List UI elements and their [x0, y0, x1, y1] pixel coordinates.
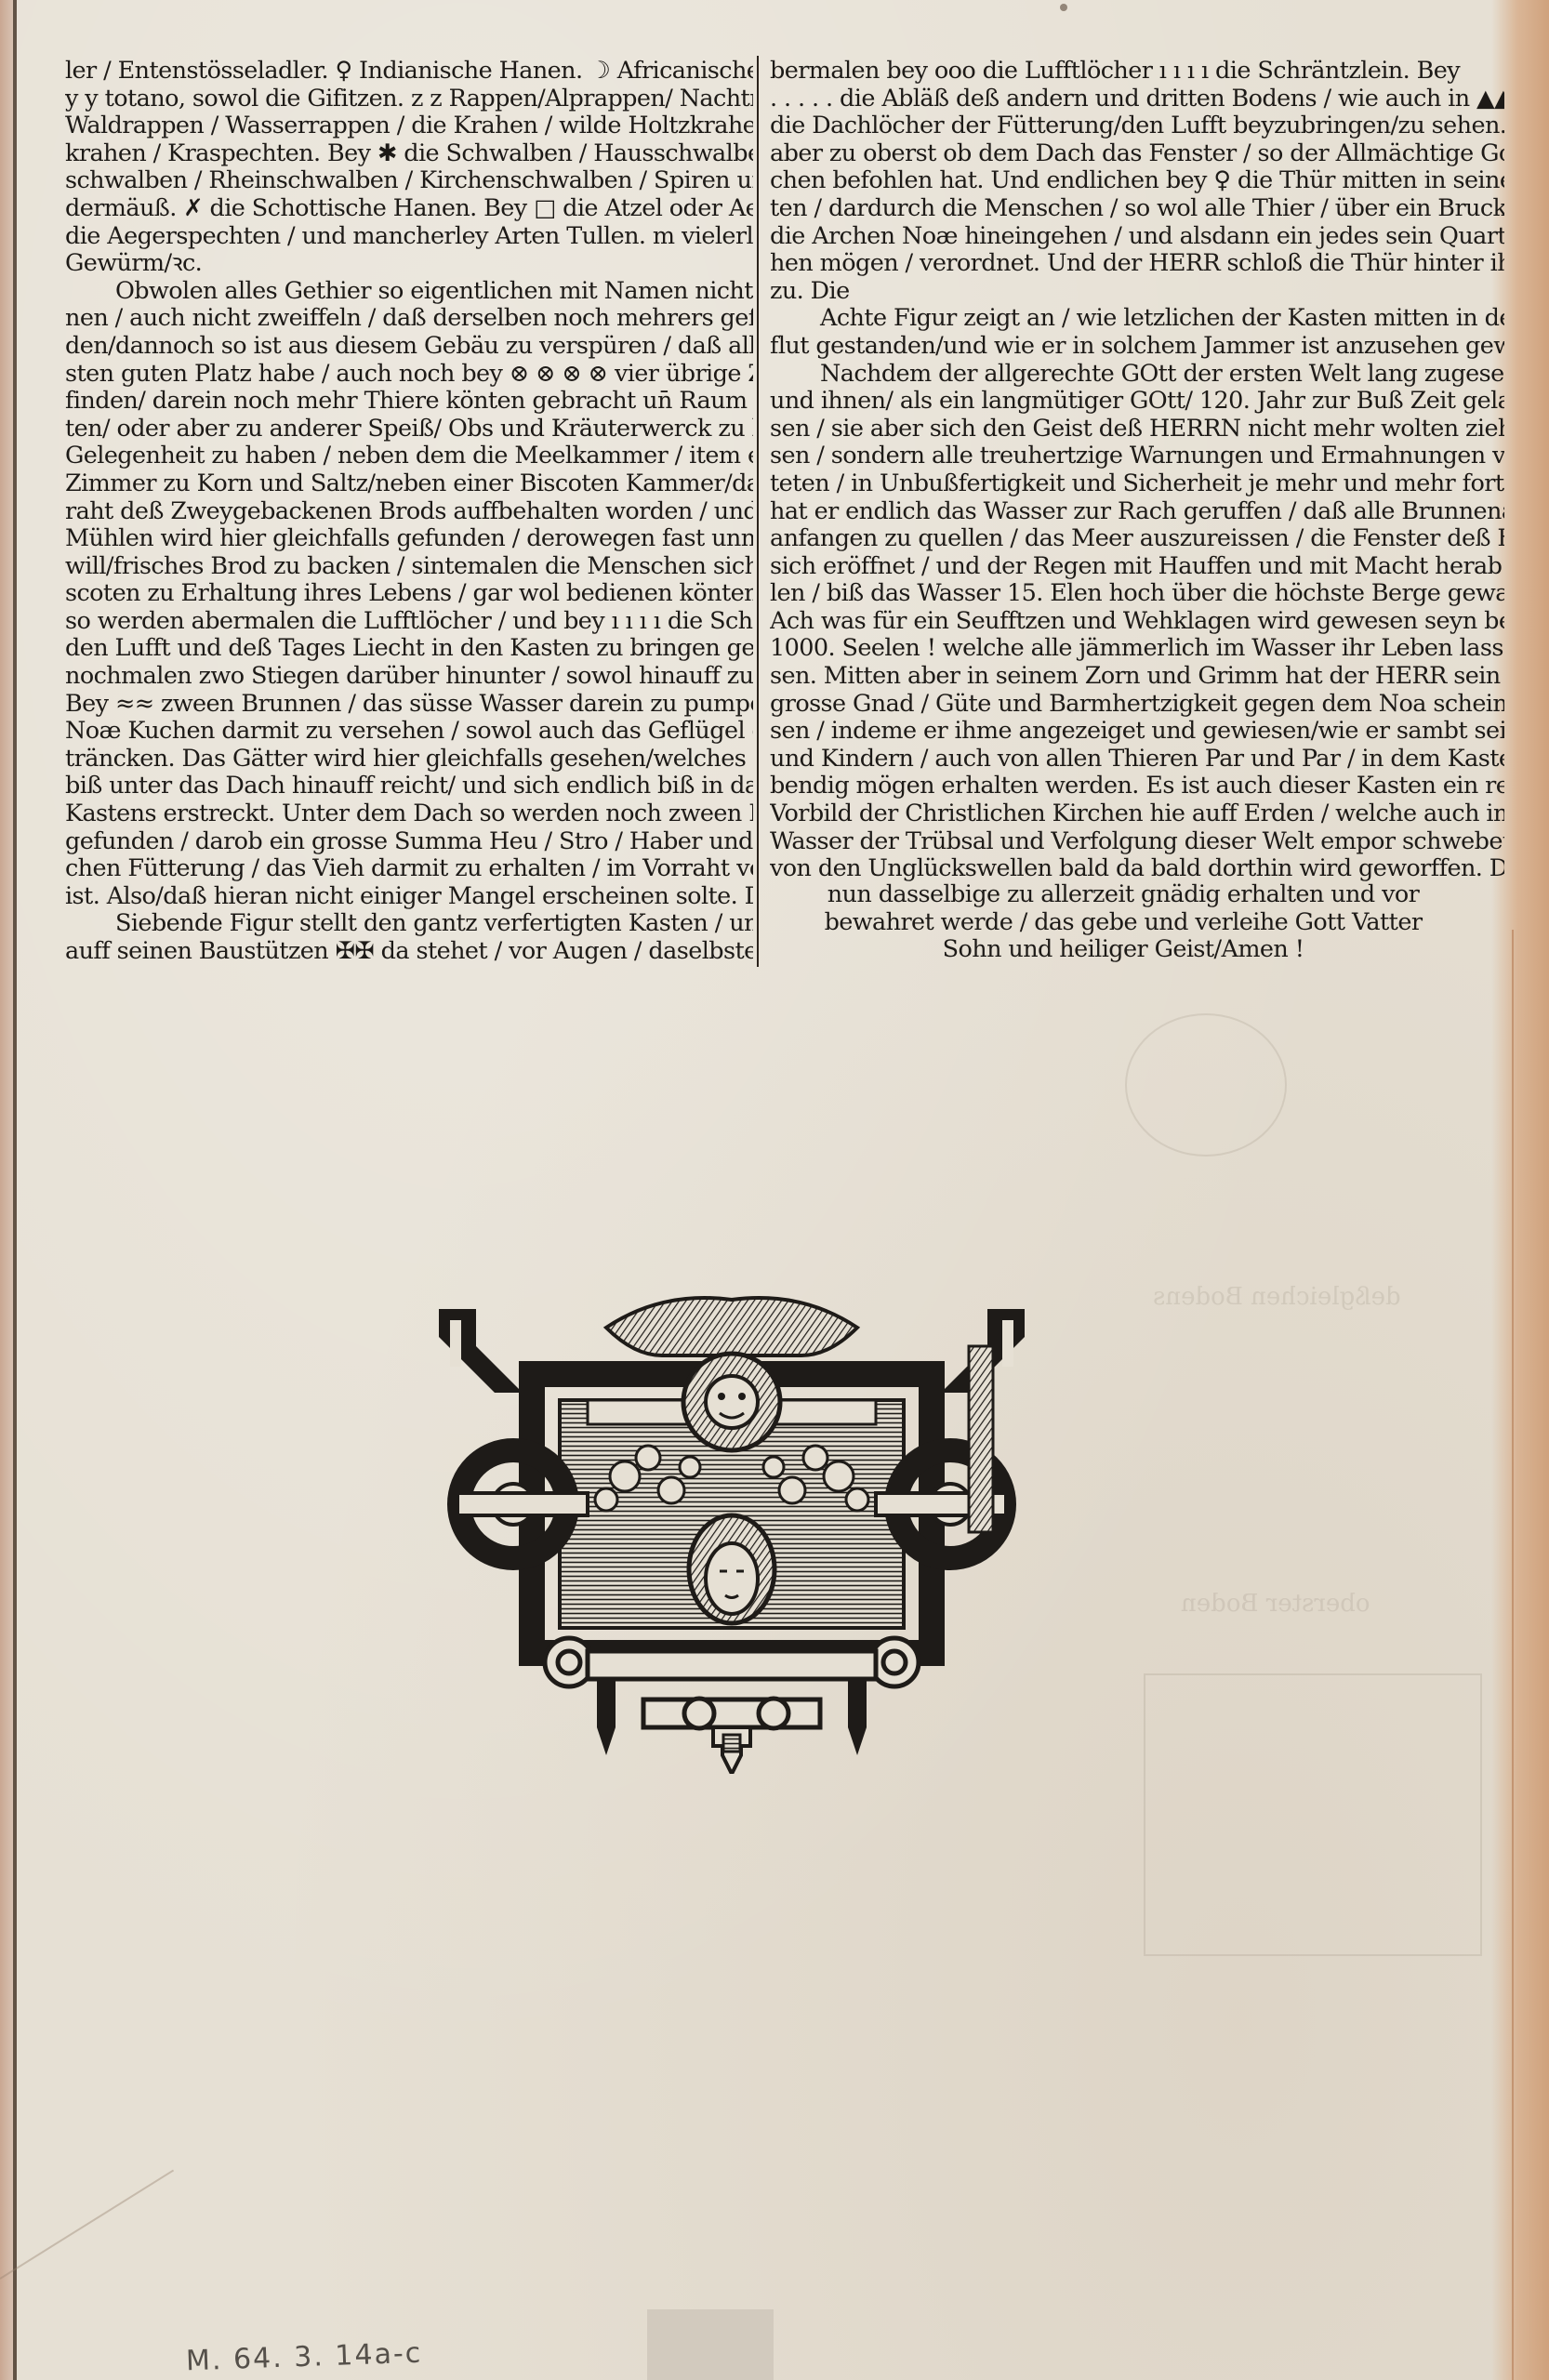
- text-line: sich eröffnet / und der Regen mit Hauffe…: [770, 553, 1504, 581]
- text-line: bermalen bey ooo die Lufftlöcher ı ı ı ı…: [770, 58, 1504, 86]
- closing-line: Sohn und heiliger Geist/Amen !: [770, 936, 1439, 964]
- text-line: sen / sie aber sich den Geist deß HERRN …: [770, 416, 1504, 443]
- text-line: finden/ darein noch mehr Thiere könten g…: [65, 388, 753, 416]
- text-line: Bey ≈≈ zween Brunnen / das süsse Wasser …: [65, 691, 753, 719]
- text-line: und Kindern / auch von allen Thieren Par…: [770, 746, 1504, 773]
- text-line: . . . . . die Abläß deß andern und dritt…: [770, 86, 1504, 113]
- text-line: len / biß das Wasser 15. Elen hoch über …: [770, 580, 1504, 608]
- paper-crease: [0, 2170, 174, 2280]
- text-line: aber zu oberst ob dem Dach das Fenster /…: [770, 140, 1504, 168]
- text-line: bendig mögen erhalten werden. Es ist auc…: [770, 773, 1504, 800]
- text-line: Noæ Kuchen darmit zu versehen / sowol au…: [65, 718, 753, 746]
- left-margin-strip: [0, 0, 13, 2380]
- text-line: Wasser der Trübsal und Verfolgung dieser…: [770, 828, 1504, 856]
- text-line: träncken. Das Gätter wird hier gleichfal…: [65, 746, 753, 773]
- text-line: zu. Die: [770, 278, 1504, 306]
- left-border-rule: [13, 0, 17, 2380]
- right-edge-tear: [1512, 930, 1514, 2380]
- text-line: Nachdem der allgerechte GOtt der ersten …: [770, 361, 1504, 389]
- text-line: Obwolen alles Gethier so eigentlichen mi…: [65, 278, 753, 306]
- text-line: krahen / Kraspechten. Bey ✱ die Schwalbe…: [65, 140, 753, 168]
- text-line: chen Fütterung / das Vieh darmit zu erha…: [65, 855, 753, 883]
- text-line: die Aegerspechten / und mancherley Arten…: [65, 223, 753, 251]
- text-line: Siebende Figur stellt den gantz verferti…: [65, 910, 753, 938]
- text-line: auff seinen Baustützen ✠✠ da stehet / vo…: [65, 938, 753, 966]
- text-line: sen. Mitten aber in seinem Zorn und Grim…: [770, 663, 1504, 691]
- text-line: hat er endlich das Wasser zur Rach geruf…: [770, 498, 1504, 526]
- text-line: Achte Figur zeigt an / wie letzlichen de…: [770, 305, 1504, 333]
- text-line: Kastens erstreckt. Unter dem Dach so wer…: [65, 800, 753, 828]
- text-line: Ach was für ein Seufftzen und Wehklagen …: [770, 608, 1504, 636]
- text-line: biß unter das Dach hinauff reicht/ und s…: [65, 773, 753, 800]
- text-line: ten / dardurch die Menschen / so wol all…: [770, 195, 1504, 223]
- handwritten-catalog-number: M. 64. 3. 14a-c: [185, 2337, 422, 2378]
- text-line: raht deß Zweygebackenen Brods auffbehalt…: [65, 498, 753, 526]
- text-line: sen / sondern alle treuhertzige Warnunge…: [770, 443, 1504, 470]
- column-divider: [757, 56, 759, 967]
- text-line: chen befohlen hat. Und endlichen bey ♀ d…: [770, 167, 1504, 195]
- text-line: von den Unglückswellen bald da bald dort…: [770, 855, 1504, 883]
- paper-sheet: deßgleichen Bodens oberster Boden ler / …: [0, 0, 1549, 2380]
- left-text-column: ler / Entenstösseladler. ♀ Indianische H…: [65, 58, 753, 966]
- text-line: Mühlen wird hier gleichfalls gefunden / …: [65, 525, 753, 553]
- text-line: Vorbild der Christlichen Kirchen hie auf…: [770, 800, 1504, 828]
- text-line: Gewürm/ꝛc.: [65, 250, 753, 278]
- text-line: sen / indeme er ihme angezeiget und gewi…: [770, 718, 1504, 746]
- text-line: hen mögen / verordnet. Und der HERR schl…: [770, 250, 1504, 278]
- text-line: sten guten Platz habe / auch noch bey ⊗ …: [65, 361, 753, 389]
- text-line: und ihnen/ als ein langmütiger GOtt/ 120…: [770, 388, 1504, 416]
- text-line: nen / auch nicht zweiffeln / daß derselb…: [65, 305, 753, 333]
- ink-spot: [1060, 4, 1067, 11]
- bleed-through-text: oberster Boden: [1181, 1590, 1370, 1618]
- text-line: nochmalen zwo Stiegen darüber hinunter /…: [65, 663, 753, 691]
- text-line: dermäuß. ✗ die Schottische Hanen. Bey □ …: [65, 195, 753, 223]
- text-line: die Dachlöcher der Fütterung/den Lufft b…: [770, 112, 1504, 140]
- text-line: gefunden / darob ein grosse Summa Heu / …: [65, 828, 753, 856]
- woodcut-ornament-icon: [420, 1290, 1043, 1774]
- closing-paragraph: nun dasselbige zu allerzeit gnädig erhal…: [770, 881, 1439, 964]
- text-line: teten / in Unbußfertigkeit und Sicherhei…: [770, 470, 1504, 498]
- text-line: Zimmer zu Korn und Saltz/neben einer Bis…: [65, 470, 753, 498]
- text-line: so werden abermalen die Lufftlöcher / un…: [65, 608, 753, 636]
- text-line: flut gestanden/und wie er in solchem Jam…: [770, 333, 1504, 361]
- text-line: Gelegenheit zu haben / neben dem die Mee…: [65, 443, 753, 470]
- text-line: den/dannoch so ist aus diesem Gebäu zu v…: [65, 333, 753, 361]
- text-line: 1000. Seelen ! welche alle jämmerlich im…: [770, 635, 1504, 663]
- bleed-through-text: deßgleichen Bodens: [1153, 1283, 1401, 1311]
- closing-line: bewahret werde / das gebe und verleihe G…: [770, 909, 1439, 937]
- text-line: y y totano, sowol die Gifitzen. z z Rapp…: [65, 86, 753, 113]
- text-line: grosse Gnad / Güte und Barmhertzigkeit g…: [770, 691, 1504, 719]
- text-line: die Archen Noæ hineingehen / und alsdann…: [770, 223, 1504, 251]
- text-line: ler / Entenstösseladler. ♀ Indianische H…: [65, 58, 753, 86]
- text-line: will/frisches Brod zu backen / sintemale…: [65, 553, 753, 581]
- closing-line: nun dasselbige zu allerzeit gnädig erhal…: [770, 881, 1439, 909]
- text-line: ist. Also/daß hieran nicht einiger Mange…: [65, 883, 753, 911]
- text-line: scoten zu Erhaltung ihres Lebens / gar w…: [65, 580, 753, 608]
- paper-repair-patch: [647, 2309, 774, 2380]
- text-line: den Lufft und deß Tages Liecht in den Ka…: [65, 635, 753, 663]
- text-line: ten/ oder aber zu anderer Speiß/ Obs und…: [65, 416, 753, 443]
- right-text-column: bermalen bey ooo die Lufftlöcher ı ı ı ı…: [770, 58, 1504, 883]
- text-line: Waldrappen / Wasserrappen / die Krahen /…: [65, 112, 753, 140]
- text-line: schwalben / Rheinschwalben / Kirchenschw…: [65, 167, 753, 195]
- text-line: anfangen zu quellen / das Meer auszureis…: [770, 525, 1504, 553]
- bleed-through-circle: [1125, 1013, 1287, 1157]
- bleed-through-frame: [1144, 1673, 1482, 1956]
